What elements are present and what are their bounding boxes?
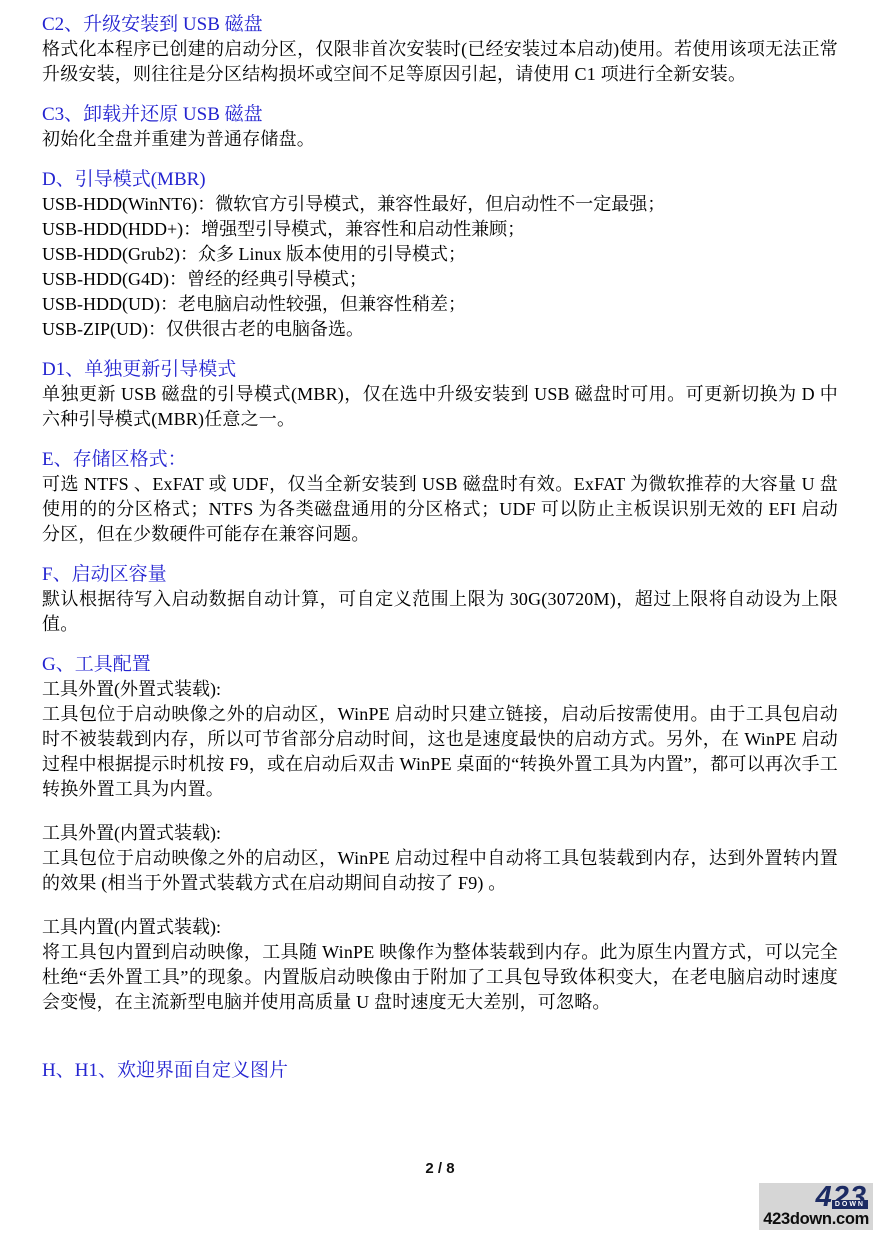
- tool-config-label-external: 工具外置(外置式装载):: [42, 677, 838, 702]
- paragraph-f: 默认根据待写入启动数据自动计算，可自定义范围上限为 30G(30720M)，超过…: [42, 587, 838, 637]
- paragraph-tool-internal: 将工具包内置到启动映像，工具随 WinPE 映像作为整体装载到内存。此为原生内置…: [42, 940, 838, 1015]
- section-heading-g: G、工具配置: [42, 652, 838, 677]
- logo-down-text: DOWN: [832, 1200, 868, 1209]
- paragraph-c2: 格式化本程序已创建的启动分区，仅限非首次安装时(已经安装过本启动)使用。若使用该…: [42, 37, 838, 87]
- boot-mode-line: USB-HDD(Grub2)：众多 Linux 版本使用的引导模式；: [42, 242, 838, 267]
- section-heading-c2: C2、升级安装到 USB 磁盘: [42, 12, 838, 37]
- paragraph-tool-external: 工具包位于启动映像之外的启动区，WinPE 启动时只建立链接，启动后按需使用。由…: [42, 702, 838, 802]
- section-heading-d: D、引导模式(MBR): [42, 167, 838, 192]
- section-heading-c3: C3、卸载并还原 USB 磁盘: [42, 102, 838, 127]
- page-number: 2 / 8: [0, 1160, 880, 1177]
- document-page: C2、升级安装到 USB 磁盘 格式化本程序已创建的启动分区，仅限非首次安装时(…: [0, 0, 880, 1244]
- boot-mode-line: USB-HDD(WinNT6)：微软官方引导模式，兼容性最好，但启动性不一定最强…: [42, 192, 838, 217]
- tool-config-label-internal: 工具内置(内置式装载):: [42, 915, 838, 940]
- section-heading-e: E、存储区格式：: [42, 447, 838, 472]
- paragraph-tool-external-internalload: 工具包位于启动映像之外的启动区，WinPE 启动过程中自动将工具包装载到内存，达…: [42, 846, 838, 896]
- logo-423-text: 423DOWN: [816, 1185, 869, 1210]
- section-heading-h: H、H1、欢迎界面自定义图片: [42, 1058, 838, 1083]
- tool-config-label-external-internalload: 工具外置(内置式装载):: [42, 821, 838, 846]
- boot-mode-line: USB-HDD(G4D)：曾经的经典引导模式；: [42, 267, 838, 292]
- boot-mode-line: USB-ZIP(UD)：仅供很古老的电脑备选。: [42, 317, 838, 342]
- boot-mode-line: USB-HDD(HDD+)：增强型引导模式，兼容性和启动性兼顾；: [42, 217, 838, 242]
- paragraph-e: 可选 NTFS 、ExFAT 或 UDF，仅当全新安装到 USB 磁盘时有效。E…: [42, 472, 838, 547]
- section-heading-d1: D1、单独更新引导模式: [42, 357, 838, 382]
- boot-mode-line: USB-HDD(UD)：老电脑启动性较强，但兼容性稍差；: [42, 292, 838, 317]
- paragraph-c3: 初始化全盘并重建为普通存储盘。: [42, 127, 838, 152]
- 423down-logo: 423DOWN 423down.com: [759, 1183, 873, 1230]
- section-heading-f: F、启动区容量: [42, 562, 838, 587]
- paragraph-d1: 单独更新 USB 磁盘的引导模式(MBR)，仅在选中升级安装到 USB 磁盘时可…: [42, 382, 838, 432]
